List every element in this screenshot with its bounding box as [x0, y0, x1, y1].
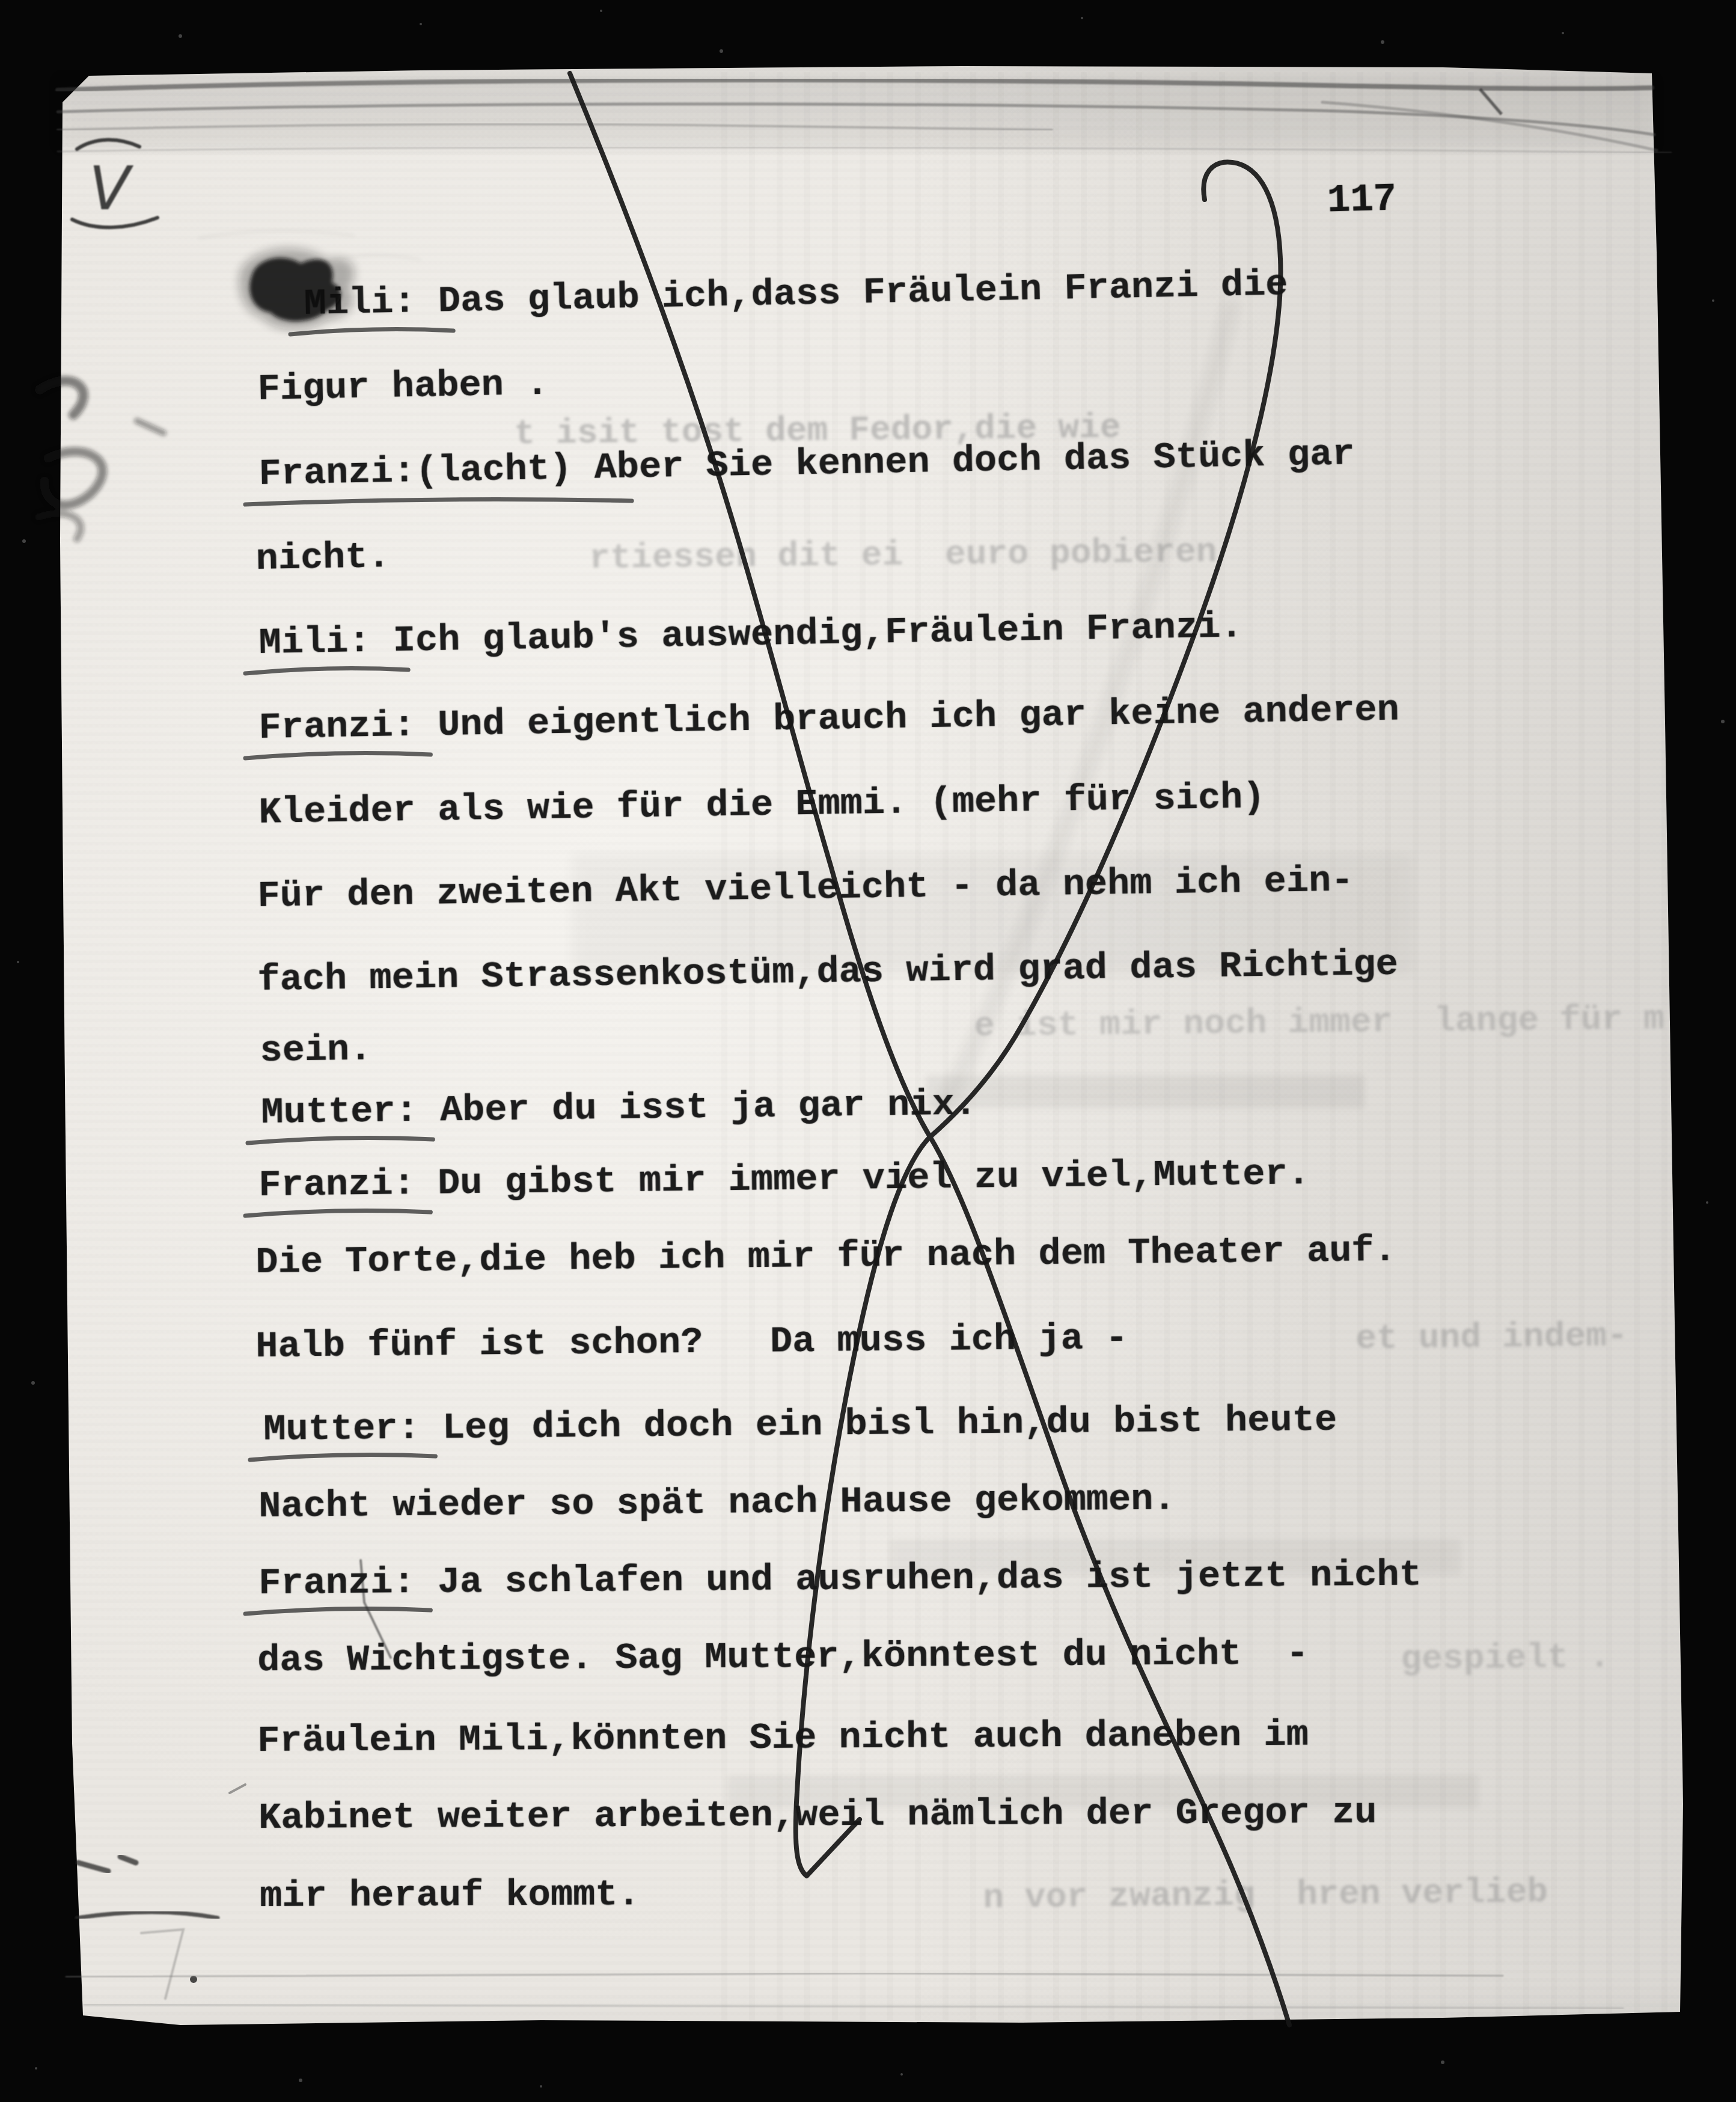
speaker-underline	[245, 1211, 430, 1216]
speaker-underline	[245, 753, 430, 758]
speaker-underline	[290, 329, 453, 334]
speaker-underline	[248, 1138, 433, 1143]
scanned-typescript-page: V	[0, 0, 1736, 2102]
speaker-underline	[245, 500, 632, 504]
speaker-underline	[245, 669, 408, 673]
speaker-underline	[245, 1609, 430, 1614]
crossout-x-mark	[570, 73, 1289, 2025]
crossout-layer	[0, 0, 1736, 2102]
crossout-smear	[929, 301, 1232, 1136]
ink-smear-blob	[239, 248, 355, 329]
speaker-underlines	[245, 329, 632, 1614]
crossout-stroke-left	[570, 73, 1289, 2025]
speaker-underline	[250, 1455, 435, 1460]
